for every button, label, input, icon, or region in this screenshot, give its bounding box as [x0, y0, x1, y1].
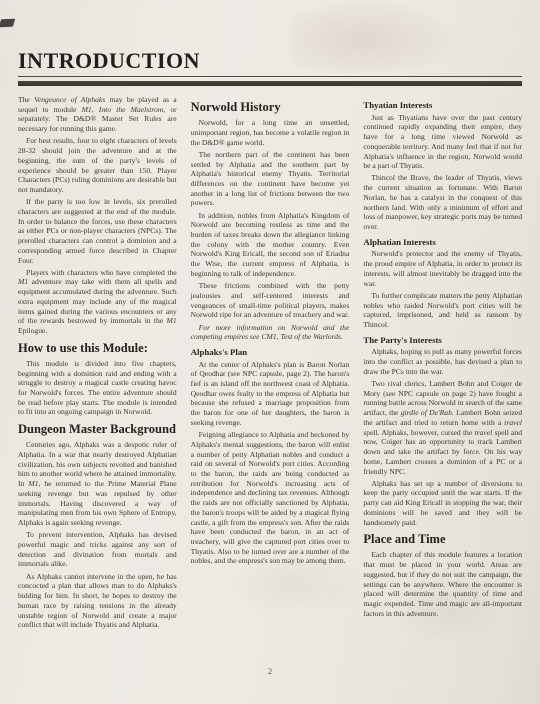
paragraph: Norwold's protector and the enemy of Thy…: [363, 249, 522, 288]
paragraph: In addition, nobles from Alphatia's King…: [191, 211, 350, 279]
section-heading: How to use this Module:: [18, 342, 177, 355]
paragraph: For best results, four to eight characte…: [18, 136, 177, 194]
text-columns: The Vengeance of Alphaks may be played a…: [0, 86, 540, 632]
paragraph: Alphaks has set up a number of diversion…: [363, 479, 522, 528]
section-heading: Norwold History: [191, 101, 350, 114]
paragraph: The Vengeance of Alphaks may be played a…: [18, 95, 177, 134]
paragraph: Thincol the Brave, the leader of Thyatis…: [363, 173, 522, 231]
paragraph: This module is divided into five chapter…: [18, 359, 177, 417]
paragraph: Alphaks, hoping to pull as many powerful…: [363, 347, 522, 376]
paragraph: The northern part of the continent has b…: [191, 150, 350, 208]
document-page: INTRODUCTION The Vengeance of Alphaks ma…: [0, 0, 540, 704]
section-heading: Place and Time: [363, 533, 522, 546]
column-1: The Vengeance of Alphaks may be played a…: [18, 95, 177, 632]
section-heading: Alphaks's Plan: [191, 348, 350, 358]
column-2: Norwold HistoryNorwold, for a long time …: [191, 95, 350, 632]
section-heading: Dungeon Master Background: [18, 423, 177, 436]
paragraph: Each chapter of this module features a l…: [363, 550, 522, 618]
section-heading: Thyatian Interests: [363, 101, 522, 111]
paragraph: If the party is too low in levels, six p…: [18, 197, 177, 265]
header-rule-thin: [18, 76, 522, 77]
column-3: Thyatian InterestsJust as Thyatians have…: [363, 95, 522, 632]
section-heading: Alphatian Interests: [363, 238, 522, 248]
paragraph: At the center of Alphaks's plan is Baron…: [191, 360, 350, 428]
paragraph: Players with characters who have complet…: [18, 268, 177, 336]
page-title: INTRODUCTION: [0, 0, 540, 72]
paragraph: Two rival clerics, Lambert Bohn and Coig…: [363, 379, 522, 476]
paragraph: For more information on Norwold and the …: [191, 323, 350, 342]
paragraph: Centuries ago, Alphaks was a despotic ru…: [18, 440, 177, 527]
paragraph: As Alphaks cannot intervene in the open,…: [18, 572, 177, 630]
paragraph: To prevent intervention, Alphaks has dev…: [18, 530, 177, 569]
paragraph: Feigning allegiance to Alphatia and beck…: [191, 430, 350, 566]
paragraph: Just as Thyatians have over the past cen…: [363, 113, 522, 171]
section-heading: The Party's Interests: [363, 336, 522, 346]
paragraph: Norwold, for a long time an unsettled, u…: [191, 118, 350, 147]
paragraph: These frictions combined with the petty …: [191, 281, 350, 320]
scan-artifact-mark: [0, 19, 15, 27]
page-number: 2: [0, 666, 540, 676]
paragraph: To further complicate matters the petty …: [363, 291, 522, 330]
